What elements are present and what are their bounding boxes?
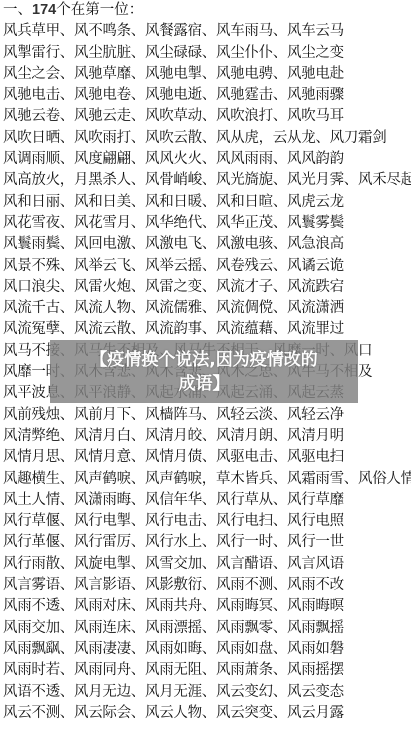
overlay-title-line2: 成语】 [179, 374, 230, 394]
idiom-row: 风前残烛、风前月下、风樯阵马、风轻云淡、风轻云净 [3, 405, 411, 426]
idiom-row: 风鬟雨鬓、风回电激、风激电飞、风激电骇、风急浪高 [3, 234, 411, 255]
idiom-row: 风高放火，月黑杀人、风骨峭峻、风光旖旎、风光月霁、风禾尽起 [3, 170, 411, 191]
idiom-row: 风调雨顺、风度翩翩、风风火火、风风雨雨、风风韵韵 [3, 149, 411, 170]
idiom-row: 风驰电击、风驰电卷、风驰电逝、风驰霆击、风驰雨骤 [3, 85, 411, 106]
idiom-row: 风掣雷行、风尘肮脏、风尘碌碌、风尘仆仆、风尘之变 [3, 43, 411, 64]
idiom-row: 风雨交加、风雨连床、风雨漂摇、风雨飘零、风雨飘摇 [3, 618, 411, 639]
idiom-row: 风趣横生、风声鹤唳、风声鹤唳，草木皆兵、风霜雨雪、风俗人情 [3, 469, 411, 490]
idiom-row: 风流千古、风流人物、风流儒雅、风流倜傥、风流潇洒 [3, 298, 411, 319]
idiom-row: 风兵草甲、风不鸣条、风餐露宿、风车雨马、风车云马 [3, 21, 411, 42]
heading-count: 174 [32, 2, 56, 18]
idiom-row: 风吹日晒、风吹雨打、风吹云散、风从虎，云从龙、风刀霜剑 [3, 128, 411, 149]
idiom-row: 风尘之会、风驰草靡、风驰电掣、风驰电骋、风驰电赴 [3, 64, 411, 85]
idiom-row: 风云不测、风云际会、风云人物、风云突变、风云月露 [3, 703, 411, 724]
idiom-row: 风和日丽、风和日美、风和日暖、风和日暄、风虎云龙 [3, 192, 411, 213]
idiom-row: 风语不透、风月无边、风月无涯、风云变幻、风云变态 [3, 682, 411, 703]
idiom-row: 风花雪夜、风花雪月、风华绝代、风华正茂、风鬟雾鬓 [3, 213, 411, 234]
idiom-row: 风口浪尖、风雷火炮、风雷之变、风流才子、风流跌宕 [3, 277, 411, 298]
idiom-row: 风土人情、风潇雨晦、风信年华、风行草从、风行草靡 [3, 490, 411, 511]
idiom-row: 风行雨散、风旋电掣、风雪交加、风言醋语、风言风语 [3, 554, 411, 575]
heading-suffix: 个在第一位： [56, 2, 143, 18]
idiom-row: 风雨时若、风雨同舟、风雨无阻、风雨萧条、风雨摇摆 [3, 660, 411, 681]
overlay-title-line1: 【疫情换个说法,因为疫情改的 [90, 350, 317, 370]
idiom-row: 风情月思、风情月意、风情月债、风驱电击、风驱电扫 [3, 447, 411, 468]
idiom-row: 风驰云卷、风驰云走、风吹草动、风吹浪打、风吹马耳 [3, 106, 411, 127]
section-heading: 一、174个在第一位： [3, 0, 411, 21]
idiom-row: 风清弊绝、风清月白、风清月皎、风清月朗、风清月明 [3, 426, 411, 447]
overlay-title: 【疫情换个说法,因为疫情改的成语】 [90, 348, 317, 396]
idiom-row: 风景不殊、风举云飞、风举云摇、风卷残云、风谲云诡 [3, 256, 411, 277]
idiom-row: 风言雾语、风言影语、风影敷衍、风雨不测、风雨不改 [3, 575, 411, 596]
idiom-row: 风行草偃、风行电掣、风行电击、风行电扫、风行电照 [3, 511, 411, 532]
heading-prefix: 一、 [3, 2, 32, 18]
idiom-row: 风雨不透、风雨对床、风雨共舟、风雨晦冥、风雨晦暝 [3, 596, 411, 617]
title-overlay-banner: 【疫情换个说法,因为疫情改的成语】 [50, 340, 358, 403]
idiom-row: 风行革偃、风行雷厉、风行水上、风行一时、风行一世 [3, 532, 411, 553]
idiom-row: 风雨飘飖、风雨凄凄、风雨如晦、风雨如盘、风雨如磐 [3, 639, 411, 660]
idiom-row: 风流冤孽、风流云散、风流韵事、风流蕴藉、风流罪过 [3, 319, 411, 340]
